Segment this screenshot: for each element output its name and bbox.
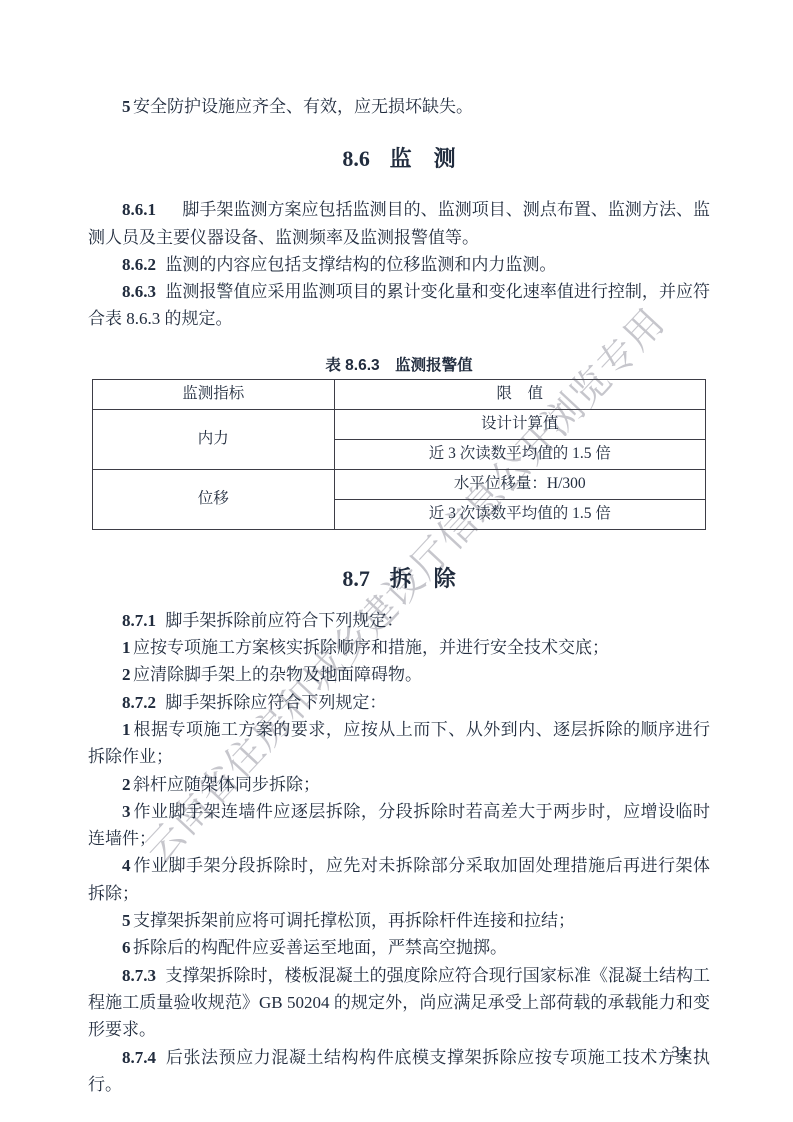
clause-number: 8.7.3 [122,966,156,985]
section-number: 8.6 [342,146,370,171]
paragraph-text: 安全防护设施应齐全、有效，应无损坏缺失。 [133,97,473,116]
paragraph-text: 脚手架拆除前应符合下列规定： [165,611,403,630]
clause-number: 6 [122,938,131,957]
paragraph-text: 作业脚手架分段拆除时，应先对未拆除部分采取加固处理措施后再进行架体拆除； [88,856,710,902]
clause-number: 5 [122,97,131,116]
clause-number: 8.6.2 [122,255,156,274]
paragraph: 1根据专项施工方案的要求，应按从上而下、从外到内、逐层拆除的顺序进行拆除作业； [88,716,710,771]
table-header-cell: 限 值 [334,379,705,409]
table-limit-cell: 水平位移量：H/300 [334,469,705,499]
paragraph-text: 脚手架拆除应符合下列规定： [165,693,386,712]
section-number: 8.7 [342,566,370,591]
paragraph: 8.7.3支撑架拆除时，楼板混凝土的强度除应符合现行国家标准《混凝土结构工程施工… [88,962,710,1044]
paragraph: 2应清除脚手架上的杂物及地面障碍物。 [88,661,710,688]
clause-number: 1 [122,638,131,657]
paragraph-text: 监测报警值应采用监测项目的累计变化量和变化速率值进行控制，并应符合表 8.6.3… [88,282,710,328]
clause-number: 3 [122,802,131,821]
section-heading: 8.7拆 除 [88,562,710,596]
clause-number: 8.7.2 [122,693,156,712]
paragraph: 8.7.2脚手架拆除应符合下列规定： [88,689,710,716]
paragraph: 2斜杆应随架体同步拆除； [88,771,710,798]
table-limit-cell: 设计计算值 [334,409,705,439]
alarm-table: 监测指标限 值内力设计计算值近 3 次读数平均值的 1.5 倍位移水平位移量：H… [92,379,706,530]
paragraph: 8.6.1 脚手架监测方案应包括监测目的、监测项目、测点布置、监测方法、监测人员… [88,196,710,251]
clause-number: 4 [122,856,131,875]
paragraph-text: 应按专项施工方案核实拆除顺序和措施，并进行安全技术交底； [133,638,609,657]
paragraph: 5安全防护设施应齐全、有效，应无损坏缺失。 [88,93,710,120]
table-header-cell: 监测指标 [93,379,335,409]
paragraph-text: 支撑架拆架前应将可调托撑松顶，再拆除杆件连接和拉结； [133,911,575,930]
table-row: 内力设计计算值 [93,409,706,439]
paragraph-text: 脚手架监测方案应包括监测目的、监测项目、测点布置、监测方法、监测人员及主要仪器设… [88,200,710,246]
table-limit-cell: 近 3 次读数平均值的 1.5 倍 [334,439,705,469]
clause-number: 8.6.3 [122,282,156,301]
paragraph-text: 拆除后的构配件应妥善运至地面，严禁高空抛掷。 [133,938,507,957]
section-title: 监 测 [390,146,456,171]
table-header-row: 监测指标限 值 [93,379,706,409]
clause-number: 2 [122,665,131,684]
clause-number: 2 [122,775,131,794]
paragraph: 1应按专项施工方案核实拆除顺序和措施，并进行安全技术交底； [88,634,710,661]
paragraph-text: 后张法预应力混凝土结构构件底模支撑架拆除应按专项施工技术方案执行。 [88,1048,710,1094]
paragraph: 8.6.2监测的内容应包括支撑结构的位移监测和内力监测。 [88,251,710,278]
paragraph-text: 斜杆应随架体同步拆除； [133,775,320,794]
paragraph: 8.7.1脚手架拆除前应符合下列规定： [88,607,710,634]
clause-number: 1 [122,720,131,739]
paragraph-text: 根据专项施工方案的要求，应按从上而下、从外到内、逐层拆除的顺序进行拆除作业； [88,720,710,766]
paragraph: 8.6.3监测报警值应采用监测项目的累计变化量和变化速率值进行控制，并应符合表 … [88,278,710,333]
clause-number: 5 [122,911,131,930]
section-title: 拆 除 [390,566,456,591]
clause-number: 8.6.1 [122,200,156,219]
section-heading: 8.6监 测 [88,142,710,176]
table-indicator-cell: 内力 [93,409,335,469]
table-row: 位移水平位移量：H/300 [93,469,706,499]
paragraph: 3作业脚手架连墙件应逐层拆除，分段拆除时若高差大于两步时，应增设临时连墙件； [88,798,710,853]
paragraph-text: 作业脚手架连墙件应逐层拆除，分段拆除时若高差大于两步时，应增设临时连墙件； [88,802,710,848]
clause-number: 8.7.4 [122,1048,156,1067]
paragraph: 4作业脚手架分段拆除时，应先对未拆除部分采取加固处理措施后再进行架体拆除； [88,852,710,907]
document-page: { "page": { "number_label": "· 31 ·", "t… [0,0,793,1122]
paragraph: 8.7.4后张法预应力混凝土结构构件底模支撑架拆除应按专项施工技术方案执行。 [88,1044,710,1099]
paragraph-text: 支撑架拆除时，楼板混凝土的强度除应符合现行国家标准《混凝土结构工程施工质量验收规… [88,966,710,1040]
page-number: · 31 · [660,1044,701,1062]
document-body: 5安全防护设施应齐全、有效，应无损坏缺失。8.6监 测8.6.1 脚手架监测方案… [88,93,710,1098]
paragraph-text: 应清除脚手架上的杂物及地面障碍物。 [133,665,422,684]
table-limit-cell: 近 3 次读数平均值的 1.5 倍 [334,499,705,529]
paragraph: 5支撑架拆架前应将可调托撑松顶，再拆除杆件连接和拉结； [88,907,710,934]
table-indicator-cell: 位移 [93,469,335,529]
clause-number: 8.7.1 [122,611,156,630]
paragraph: 6拆除后的构配件应妥善运至地面，严禁高空抛掷。 [88,934,710,961]
paragraph-text: 监测的内容应包括支撑结构的位移监测和内力监测。 [165,255,556,274]
table-caption: 表 8.6.3 监测报警值 [88,355,710,377]
